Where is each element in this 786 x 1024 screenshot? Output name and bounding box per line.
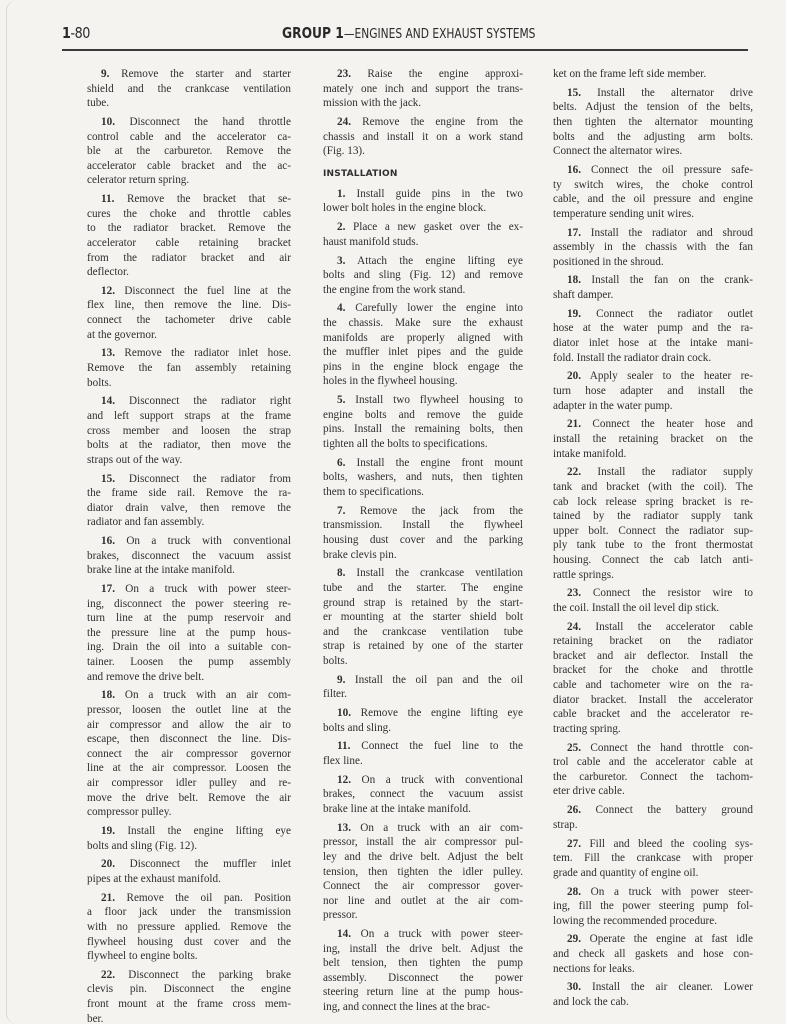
step-text: Install the crankcase ventilation <box>345 567 523 579</box>
text-line: filter. <box>323 687 523 702</box>
text-line: from the radiator bracket and air <box>87 251 291 266</box>
step-number: 22. <box>567 466 581 478</box>
text-line: and lock the cab. <box>553 995 753 1010</box>
text-line: install the retaining bracket on the <box>553 432 753 447</box>
procedure-step: 12. Disconnect the fuel line at theflex … <box>87 284 291 342</box>
procedure-step: 25. Connect the hand throttle con-trol c… <box>553 741 753 799</box>
procedure-step: 24. Install the accelerator cableretaini… <box>553 620 753 737</box>
text-line: fold. Install the radiator drain cock. <box>553 351 753 366</box>
text-line: diator drain valve, then remove the <box>87 501 291 516</box>
step-number: 19. <box>101 825 115 837</box>
procedure-step: 22. Install the radiator supplytank and … <box>553 465 753 582</box>
text-line: ground strap is retained by the start- <box>323 596 523 611</box>
step-text: Disconnect the parking brake <box>115 969 291 981</box>
step-number: 19. <box>567 308 581 320</box>
step-number: 21. <box>101 892 115 904</box>
text-line: 20. Apply sealer to the heater re- <box>553 369 753 384</box>
step-text: Remove the oil pan. Position <box>115 892 291 904</box>
step-number: 22. <box>101 969 115 981</box>
procedure-step: 21. Remove the oil pan. Positiona floor … <box>87 891 291 964</box>
procedure-step: 15. Install the alternator drivebelts. A… <box>553 86 753 159</box>
text-line: 8. Install the crankcase ventilation <box>323 566 523 581</box>
text-line: 11. Remove the bracket that se- <box>87 192 291 207</box>
text-line: cures the choke and throttle cables <box>87 207 291 222</box>
text-line: air compressor and allow the air to <box>87 718 291 733</box>
text-line: 3. Attach the engine lifting eye <box>323 254 523 269</box>
text-line: 23. Raise the engine approxi- <box>323 67 523 82</box>
text-line: bolts and sling (Fig. 12). <box>87 839 291 854</box>
procedure-step: 2. Place a new gasket over the ex-haust … <box>323 220 523 249</box>
text-line: and the crankcase ventilation tube <box>323 625 523 640</box>
text-line: upper bolt. Connect the radiator sup- <box>553 524 753 539</box>
text-line: cross member and loosen the strap <box>87 424 291 439</box>
text-line: temperature sending unit wires. <box>553 207 753 222</box>
text-line: brakes, connect the vacuum assist <box>323 787 523 802</box>
text-line: haust manifold studs. <box>323 235 523 250</box>
text-line: clevis pin. Disconnect the engine <box>87 982 291 997</box>
text-line: the muffler inlet pipes and the guide <box>323 345 523 360</box>
text-line: 7. Remove the jack from the <box>323 504 523 519</box>
page-number-page: -80 <box>70 24 90 42</box>
text-line: 13. Remove the radiator inlet hose. <box>87 346 291 361</box>
text-line: assembly. Disconnect the power <box>323 971 523 986</box>
text-line: 4. Carefully lower the engine into <box>323 301 523 316</box>
text-line: chassis and install it on a work stand <box>323 130 523 145</box>
text-line: pressor. <box>323 908 523 923</box>
step-text: Connect the fuel line to the <box>350 740 523 752</box>
text-line: grade and quantity of engine oil. <box>553 866 753 881</box>
step-text: Raise the engine approxi- <box>351 68 523 80</box>
text-line: 20. Disconnect the muffler inlet <box>87 857 291 872</box>
text-line: brake clevis pin. <box>323 548 523 563</box>
step-text: Connect the heater hose and <box>581 418 753 430</box>
procedure-step: 22. Disconnect the parking brakeclevis p… <box>87 968 291 1024</box>
text-line: connect the air compressor governor <box>87 747 291 762</box>
text-line: belt tension, then tighten the pump <box>323 956 523 971</box>
text-line: retaining bracket on the radiator <box>553 634 753 649</box>
step-text: On a truck with an air com- <box>115 689 291 701</box>
step-number: 25. <box>567 742 581 754</box>
text-line: belts. Adjust the tension of the belts, <box>553 100 753 115</box>
text-line: the chassis. Make sure the exhaust <box>323 316 523 331</box>
step-text: Install the radiator and shroud <box>581 227 753 239</box>
step-text: Remove the bracket that se- <box>114 193 291 205</box>
text-line: brake line at the intake manifold. <box>87 563 291 578</box>
procedure-step: 19. Connect the radiator outlethose at t… <box>553 307 753 365</box>
step-number: 15. <box>567 87 581 99</box>
step-text: Connect the radiator outlet <box>581 308 753 320</box>
text-line: 24. Install the accelerator cable <box>553 620 753 635</box>
step-text: Install two flywheel housing to <box>345 394 523 406</box>
text-line: ber. <box>87 1012 291 1024</box>
text-line: ing, and connect the lines at the brac- <box>323 1000 523 1015</box>
step-text: Carefully lower the engine into <box>345 302 523 314</box>
text-line: 1. Install guide pins in the two <box>323 187 523 202</box>
step-number: 13. <box>101 347 115 359</box>
text-line: ble at the carburetor. Remove the <box>87 144 291 159</box>
text-line: bolts at the radiator, then move the <box>87 438 291 453</box>
text-line: 12. Disconnect the fuel line at the <box>87 284 291 299</box>
procedure-step: 16. Connect the oil pressure safe-ty swi… <box>553 163 753 221</box>
text-line: pressor, install the air compressor pul- <box>323 835 523 850</box>
step-number: 18. <box>567 274 581 286</box>
text-line: the pressure line at the pump hous- <box>87 626 291 641</box>
text-line: line at the air compressor. Loosen the <box>87 761 291 776</box>
text-line: manifolds are properly aligned with <box>323 331 523 346</box>
text-line: 12. On a truck with conventional <box>323 773 523 788</box>
text-column-3: ket on the frame left side member.15. In… <box>553 67 753 1014</box>
text-line: 13. On a truck with an air com- <box>323 821 523 836</box>
text-line: diator bracket. Install the accelerator <box>553 693 753 708</box>
step-text: On a truck with conventional <box>351 774 523 786</box>
step-number: 16. <box>567 164 581 176</box>
step-number: 15. <box>101 473 115 485</box>
text-line: ket on the frame left side member. <box>553 67 753 82</box>
procedure-step: 15. Disconnect the radiator fromthe fram… <box>87 472 291 530</box>
text-line: straps out of the way. <box>87 453 291 468</box>
step-text: Disconnect the muffler inlet <box>115 858 291 870</box>
text-line: nections for leaks. <box>553 962 753 977</box>
text-line: bolts. <box>87 376 291 391</box>
step-text: Disconnect the fuel line at the <box>115 285 291 297</box>
procedure-step: 30. Install the air cleaner. Lowerand lo… <box>553 980 753 1009</box>
procedure-step: 18. Install the fan on the crank-shaft d… <box>553 273 753 302</box>
text-line: lowing the recommended procedure. <box>553 914 753 929</box>
text-line: accelerator cable retaining bracket <box>87 236 291 251</box>
page-number: 1-80 <box>62 24 90 42</box>
page-edge <box>6 0 17 1024</box>
step-number: 11. <box>101 193 114 205</box>
text-line: transmission. Install the flywheel <box>323 518 523 533</box>
text-line: cab lock release spring bracket is re- <box>553 495 753 510</box>
text-line: flywheel to engine bolts. <box>87 949 291 964</box>
text-line: 16. Connect the oil pressure safe- <box>553 163 753 178</box>
text-line: the coil. Install the oil level dip stic… <box>553 601 753 616</box>
text-line: bolts, washers, and nuts, then tighten <box>323 470 523 485</box>
text-line: er mounting at the starter shield bolt <box>323 610 523 625</box>
text-line: shield and the crankcase ventilation <box>87 82 291 97</box>
text-line: bracket and air deflector. Install the <box>553 649 753 664</box>
text-line: 11. Connect the fuel line to the <box>323 739 523 754</box>
procedure-step: 20. Apply sealer to the heater re-turn h… <box>553 369 753 413</box>
text-line: ing. Drain the oil into a suitable con- <box>87 640 291 655</box>
text-line: 15. Disconnect the radiator from <box>87 472 291 487</box>
procedure-step: 20. Disconnect the muffler inletpipes at… <box>87 857 291 886</box>
text-line: accelerator cable bracket and the ac- <box>87 159 291 174</box>
procedure-step: 19. Install the engine lifting eyebolts … <box>87 824 291 853</box>
text-line: pipes at the exhaust manifold. <box>87 872 291 887</box>
text-line: flex line, then remove the line. Dis- <box>87 298 291 313</box>
step-text: Install the radiator supply <box>581 466 753 478</box>
procedure-step: 21. Connect the heater hose andinstall t… <box>553 417 753 461</box>
procedure-step: 10. Disconnect the hand throttlecontrol … <box>87 115 291 188</box>
text-line: strap. <box>553 818 753 833</box>
text-line: 17. On a truck with power steer- <box>87 582 291 597</box>
text-line: 29. Operate the engine at fast idle <box>553 932 753 947</box>
step-number: 13. <box>337 822 351 834</box>
page-header: 1-80 GROUP 1—ENGINES AND EXHAUST SYSTEMS <box>62 22 748 46</box>
procedure-step: 12. On a truck with conventionalbrakes, … <box>323 773 523 817</box>
procedure-step: 26. Connect the battery groundstrap. <box>553 803 753 832</box>
step-number: 27. <box>567 838 581 850</box>
text-line: tighten all the bolts to specifications. <box>323 437 523 452</box>
header-rule <box>62 49 748 51</box>
text-line: 18. On a truck with an air com- <box>87 688 291 703</box>
text-line: 16. On a truck with conventional <box>87 534 291 549</box>
text-line: deflector. <box>87 265 291 280</box>
text-line: front mount at the frame cross mem- <box>87 997 291 1012</box>
step-number: 28. <box>567 886 581 898</box>
text-line: positioned in the shroud. <box>553 255 753 270</box>
text-line: adapter in the water pump. <box>553 399 753 414</box>
text-line: then tighten the alternator mounting <box>553 115 753 130</box>
text-line: ing, disconnect the power steering re- <box>87 597 291 612</box>
text-line: bolts and sling. <box>323 721 523 736</box>
procedure-step: 28. On a truck with power steer-ing, fil… <box>553 885 753 929</box>
text-line: 18. Install the fan on the crank- <box>553 273 753 288</box>
procedure-step: 14. On a truck with power steer-ing, ins… <box>323 927 523 1015</box>
text-line: 10. Disconnect the hand throttle <box>87 115 291 130</box>
procedure-step: 18. On a truck with an air com-pressor, … <box>87 688 291 819</box>
step-text: Fill and bleed the cooling sys- <box>581 838 753 850</box>
text-column-1: 9. Remove the starter and startershield … <box>87 67 291 1024</box>
step-number: 18. <box>101 689 115 701</box>
group-title-subject: —ENGINES AND EXHAUST SYSTEMS <box>344 27 536 42</box>
text-line: steering return line at the pump hous- <box>323 985 523 1000</box>
procedure-step: 1. Install guide pins in the twolower bo… <box>323 187 523 216</box>
text-line: the frame side rail. Remove the ra- <box>87 486 291 501</box>
procedure-step: 5. Install two flywheel housing toengine… <box>323 393 523 451</box>
text-line: turn line at the pump reservoir and <box>87 611 291 626</box>
text-line: (Fig. 13). <box>323 144 523 159</box>
text-line: move the drive belt. Remove the air <box>87 791 291 806</box>
step-text: Remove the engine from the <box>351 116 523 128</box>
text-line: 17. Install the radiator and shroud <box>553 226 753 241</box>
text-line: tained by the radiator supply tank <box>553 509 753 524</box>
step-number: 21. <box>567 418 581 430</box>
text-line: to the radiator bracket. Remove the <box>87 221 291 236</box>
step-text: Disconnect the hand throttle <box>115 116 291 128</box>
text-line: mately one inch and support the trans- <box>323 82 523 97</box>
text-line: tank and bracket (with the coil). The <box>553 480 753 495</box>
text-line: ing, install the drive belt. Adjust the <box>323 942 523 957</box>
text-line: 28. On a truck with power steer- <box>553 885 753 900</box>
text-line: flywheel housing dust cover and the <box>87 935 291 950</box>
step-number: 23. <box>567 587 581 599</box>
text-line: the engine from the work stand. <box>323 283 523 298</box>
procedure-step: 13. On a truck with an air com-pressor, … <box>323 821 523 923</box>
text-line: intake manifold. <box>553 447 753 462</box>
step-number: 14. <box>337 928 351 940</box>
text-line: a floor jack under the transmission <box>87 905 291 920</box>
step-number: 12. <box>337 774 351 786</box>
procedure-step: 7. Remove the jack from thetransmission.… <box>323 504 523 562</box>
step-number: 30. <box>567 981 581 993</box>
procedure-step: 24. Remove the engine from thechassis an… <box>323 115 523 159</box>
procedure-step: 14. Disconnect the radiator rightand lef… <box>87 394 291 467</box>
step-text: Install the alternator drive <box>581 87 753 99</box>
step-number: 20. <box>567 370 581 382</box>
text-line: eter drive cable. <box>553 784 753 799</box>
procedure-step: 10. Remove the engine lifting eyebolts a… <box>323 706 523 735</box>
step-number: 17. <box>101 583 115 595</box>
text-line: 22. Install the radiator supply <box>553 465 753 480</box>
step-text: Remove the radiator inlet hose. <box>115 347 291 359</box>
step-number: 20. <box>101 858 115 870</box>
text-line: 2. Place a new gasket over the ex- <box>323 220 523 235</box>
step-text: Apply sealer to the heater re- <box>581 370 753 382</box>
text-line: celerator return spring. <box>87 173 291 188</box>
text-line: 14. Disconnect the radiator right <box>87 394 291 409</box>
text-line: tracting spring. <box>553 722 753 737</box>
step-text: On a truck with an air com- <box>351 822 523 834</box>
text-line: Remove the fan assembly retaining <box>87 361 291 376</box>
text-line: tem. Fill the crankcase with proper <box>553 851 753 866</box>
text-line: 21. Connect the heater hose and <box>553 417 753 432</box>
text-line: 6. Install the engine front mount <box>323 456 523 471</box>
procedure-step: 17. On a truck with power steer-ing, dis… <box>87 582 291 684</box>
step-number: 10. <box>101 116 115 128</box>
step-number: 17. <box>567 227 581 239</box>
step-text: On a truck with power steer- <box>351 928 523 940</box>
procedure-step: 8. Install the crankcase ventilationtube… <box>323 566 523 668</box>
text-line: pins. Install the remaining bolts, then <box>323 422 523 437</box>
procedure-step: 27. Fill and bleed the cooling sys-tem. … <box>553 837 753 881</box>
text-line: diator inlet hose at the intake mani- <box>553 336 753 351</box>
text-line: them to specifications. <box>323 485 523 500</box>
text-line: strap is retained by one of the starter <box>323 639 523 654</box>
step-text: Connect the resistor wire to <box>581 587 753 599</box>
procedure-step: 11. Remove the bracket that se-cures the… <box>87 192 291 280</box>
step-number: 11. <box>337 740 350 752</box>
step-text: Install the fan on the crank- <box>581 274 753 286</box>
step-number: 24. <box>337 116 351 128</box>
step-text: Connect the battery ground <box>581 804 753 816</box>
text-line: 5. Install two flywheel housing to <box>323 393 523 408</box>
procedure-step: 23. Connect the resistor wire tothe coil… <box>553 586 753 615</box>
text-line: 9. Install the oil pan and the oil <box>323 673 523 688</box>
step-text: Connect the oil pressure safe- <box>581 164 753 176</box>
step-text: Attach the engine lifting eye <box>345 255 523 267</box>
text-line: 22. Disconnect the parking brake <box>87 968 291 983</box>
step-number: 10. <box>337 707 351 719</box>
step-text: Install the accelerator cable <box>581 621 753 633</box>
text-line: radiator and fan assembly. <box>87 515 291 530</box>
text-line: brake line at the intake manifold. <box>323 802 523 817</box>
text-column-2: 23. Raise the engine approxi-mately one … <box>323 67 523 1019</box>
text-line: 27. Fill and bleed the cooling sys- <box>553 837 753 852</box>
step-text: Install the oil pan and the oil <box>345 674 523 686</box>
text-line: pressor, loosen the outlet line at the <box>87 703 291 718</box>
text-line: ley and the drive belt. Adjust the belt <box>323 850 523 865</box>
procedure-step: 6. Install the engine front mountbolts, … <box>323 456 523 500</box>
text-line: cable bracket and the accelerator re- <box>553 707 753 722</box>
text-line: trol cable and the accelerator cable at <box>553 755 753 770</box>
text-line: and check all gaskets and hose con- <box>553 947 753 962</box>
text-line: tension, then tighten the idler pulley. <box>323 865 523 880</box>
text-line: and left support straps at the frame <box>87 409 291 424</box>
step-text: On a truck with power steer- <box>115 583 291 595</box>
text-line: and remove the drive belt. <box>87 670 291 685</box>
step-number: 14. <box>101 395 115 407</box>
step-text: Install the engine lifting eye <box>115 825 291 837</box>
text-line: flex line. <box>323 754 523 769</box>
text-line: ty switch wires, the choke control <box>553 178 753 193</box>
text-line: bracket for the choke and throttle <box>553 663 753 678</box>
text-line: engine bolts and remove the guide <box>323 408 523 423</box>
text-line: housing. Connect the cab latch anti- <box>553 553 753 568</box>
step-text: Place a new gasket over the ex- <box>345 221 523 233</box>
procedure-step: 9. Remove the starter and startershield … <box>87 67 291 111</box>
page-number-group: 1 <box>62 24 70 42</box>
text-line: bolts. <box>323 654 523 669</box>
step-number: 16. <box>101 535 115 547</box>
text-line: 9. Remove the starter and starter <box>87 67 291 82</box>
text-line: 10. Remove the engine lifting eye <box>323 706 523 721</box>
procedure-step: 9. Install the oil pan and the oilfilter… <box>323 673 523 702</box>
procedure-step: 29. Operate the engine at fast idleand c… <box>553 932 753 976</box>
text-line: ply tank tube to the front thermostat <box>553 538 753 553</box>
procedure-step: 11. Connect the fuel line to theflex lin… <box>323 739 523 768</box>
section-heading: INSTALLATION <box>323 167 523 179</box>
text-line: pins in the engine block engage the <box>323 360 523 375</box>
text-line: with no pressure applied. Remove the <box>87 920 291 935</box>
text-line: 26. Connect the battery ground <box>553 803 753 818</box>
text-line: brakes, disconnect the vacuum assist <box>87 549 291 564</box>
paragraph-continuation: ket on the frame left side member. <box>553 67 753 82</box>
text-line: connect the tachometer drive cable <box>87 313 291 328</box>
text-line: holes in the flywheel housing. <box>323 374 523 389</box>
text-line: bolts and the adjusting arm bolts. <box>553 130 753 145</box>
text-line: 30. Install the air cleaner. Lower <box>553 980 753 995</box>
text-line: compressor pulley. <box>87 805 291 820</box>
text-line: 23. Connect the resistor wire to <box>553 586 753 601</box>
step-number: 26. <box>567 804 581 816</box>
text-line: 19. Connect the radiator outlet <box>553 307 753 322</box>
step-number: 12. <box>101 285 115 297</box>
procedure-step: 23. Raise the engine approxi-mately one … <box>323 67 523 111</box>
text-line: housing dust cover and the parking <box>323 533 523 548</box>
procedure-step: 17. Install the radiator and shroudassem… <box>553 226 753 270</box>
text-line: control cable and the accelerator ca- <box>87 130 291 145</box>
step-text: Remove the starter and starter <box>109 68 291 80</box>
text-line: 15. Install the alternator drive <box>553 86 753 101</box>
text-line: tube and the starter. The engine <box>323 581 523 596</box>
step-text: Disconnect the radiator from <box>115 473 291 485</box>
procedure-step: 16. On a truck with conventionalbrakes, … <box>87 534 291 578</box>
text-line: rattle springs. <box>553 568 753 583</box>
step-text: On a truck with conventional <box>115 535 291 547</box>
text-line: 14. On a truck with power steer- <box>323 927 523 942</box>
text-line: at the governor. <box>87 328 291 343</box>
text-line: shaft damper. <box>553 288 753 303</box>
text-line: ing, fill the power steering pump fol- <box>553 899 753 914</box>
group-title-number: GROUP 1 <box>282 24 344 42</box>
text-line: air compressor idler pulley and re- <box>87 776 291 791</box>
text-line: nor line and outlet at the air com- <box>323 894 523 909</box>
procedure-step: 13. Remove the radiator inlet hose.Remov… <box>87 346 291 390</box>
text-line: tainer. Loosen the pump assembly <box>87 655 291 670</box>
text-line: lower bolt holes in the engine block. <box>323 201 523 216</box>
text-line: hose at the water pump and the ra- <box>553 321 753 336</box>
text-line: tube. <box>87 96 291 111</box>
step-text: Operate the engine at fast idle <box>581 933 753 945</box>
step-text: Connect the hand throttle con- <box>581 742 753 754</box>
text-line: cable and tachometer wire on the ra- <box>553 678 753 693</box>
step-text: On a truck with power steer- <box>581 886 753 898</box>
text-line: bolts and sling (Fig. 12) and remove <box>323 268 523 283</box>
text-line: turn hose adapter and install the <box>553 384 753 399</box>
